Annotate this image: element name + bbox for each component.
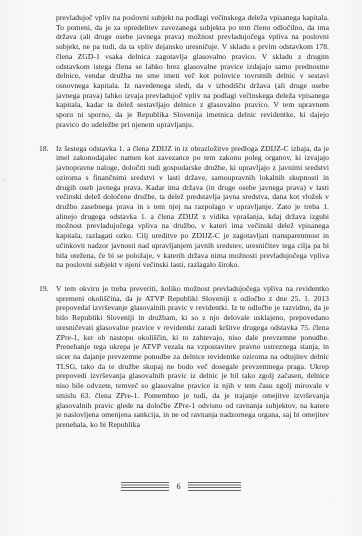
page-footer: 6 [0, 482, 362, 492]
redacted-lines-icon [121, 482, 169, 492]
paragraph-number: 19. [39, 284, 56, 430]
paragraph-text: V tem okviru je treba preveriti, koliko … [56, 284, 329, 430]
paragraph-18: 18. Iz šestega odstavka 1. a člena ZDIJZ… [39, 144, 329, 270]
paragraph-number [39, 13, 56, 130]
paragraph-number: 18. [39, 144, 56, 270]
paragraph-text: prevladujoč vpliv na poslovni subjekt na… [56, 13, 329, 130]
redacted-lines-icon [188, 482, 241, 492]
page-content: prevladujoč vpliv na poslovni subjekt na… [39, 13, 329, 444]
paragraph-continuation: prevladujoč vpliv na poslovni subjekt na… [39, 13, 329, 130]
paragraph-text: Iz šestega odstavka 1. a člena ZDIJZ in … [56, 144, 329, 270]
scanned-document-page: prevladujoč vpliv na poslovni subjekt na… [0, 0, 362, 536]
page-number: 6 [176, 482, 180, 492]
paragraph-19: 19. V tem okviru je treba preveriti, kol… [39, 284, 329, 430]
